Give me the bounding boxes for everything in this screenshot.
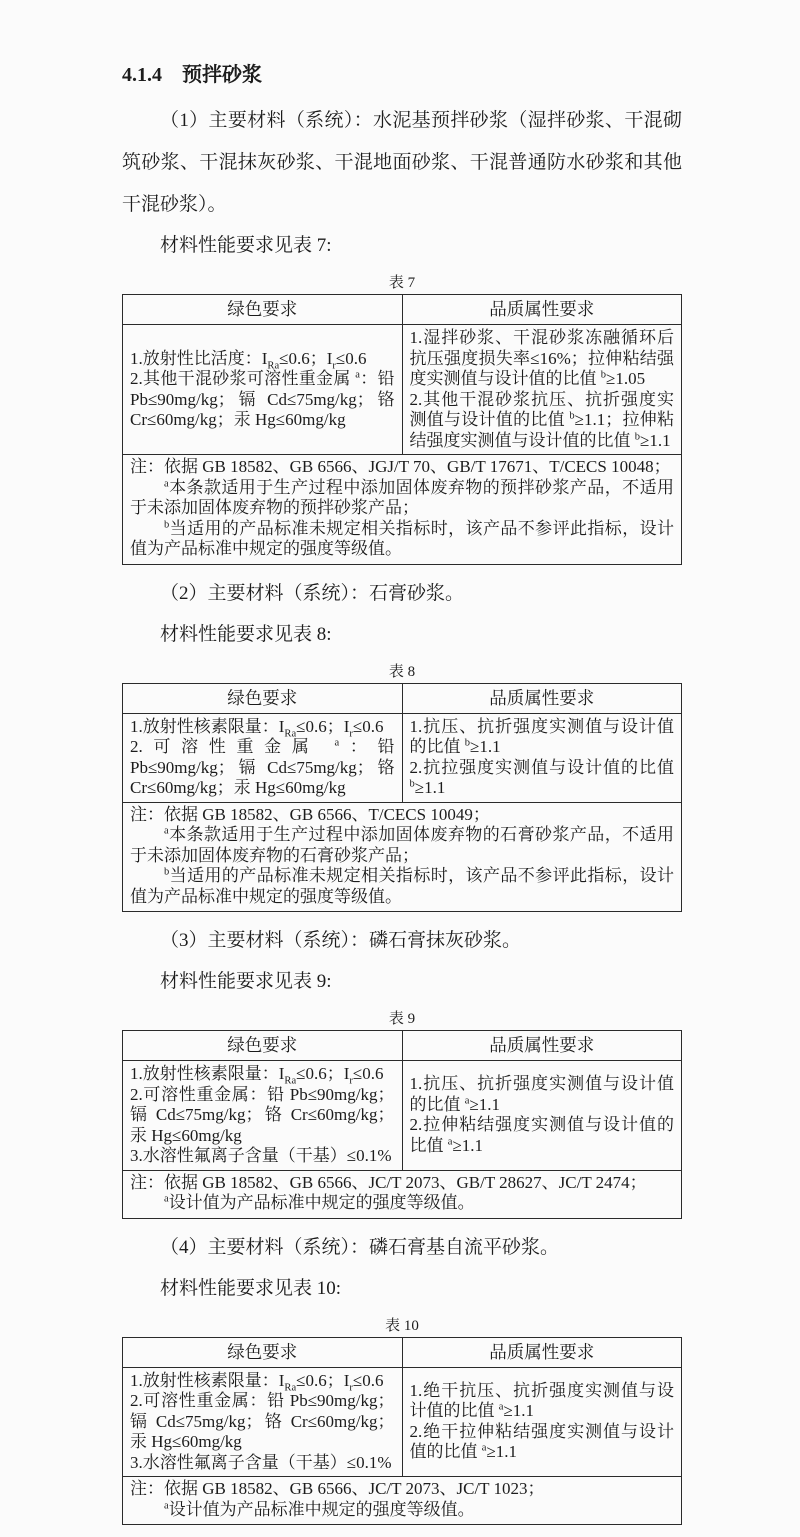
note-line: a本条款适用于生产过程中添加固体废弃物的石膏砂浆产品，不适用于未添加固体废弃物的…: [130, 825, 674, 866]
requirement-item: 1.湿拌砂浆、干混砂浆冻融循环后抗压强度损失率≤16%；拉伸粘结强度实测值与设计…: [410, 328, 675, 390]
col-header-green: 绿色要求: [123, 1337, 403, 1367]
requirement-item: 1.抗压、抗折强度实测值与设计值的比值 a≥1.1: [410, 1074, 675, 1115]
requirements-table-10: 绿色要求 品质属性要求 1.放射性核素限量：IRa≤0.6；Ir≤0.6 2.可…: [122, 1337, 682, 1526]
table-header-row: 绿色要求 品质属性要求: [123, 1031, 682, 1061]
quality-requirements-cell: 1.绝干抗压、抗折强度实测值与设计值的比值 a≥1.1 2.绝干拉伸粘结强度实测…: [402, 1367, 682, 1477]
col-header-quality: 品质属性要求: [402, 1031, 682, 1061]
table-notes-row: 注：依据 GB 18582、GB 6566、JC/T 2073、JC/T 102…: [123, 1477, 682, 1525]
col-header-green: 绿色要求: [123, 683, 403, 713]
table-notes-row: 注：依据 GB 18582、GB 6566、JGJ/T 70、GB/T 1767…: [123, 455, 682, 565]
document-page: 4.1.4预拌砂浆 （1）主要材料（系统）：水泥基预拌砂浆（湿拌砂浆、干混砌筑砂…: [0, 0, 800, 1537]
quality-requirements-cell: 1.抗压、抗折强度实测值与设计值的比值 b≥1.1 2.抗拉强度实测值与设计值的…: [402, 713, 682, 802]
requirement-item: 1.放射性核素限量：IRa≤0.6；Ir≤0.6: [130, 1064, 395, 1085]
heading-number: 4.1.4: [122, 64, 162, 86]
requirement-item: 2.抗拉强度实测值与设计值的比值 b≥1.1: [410, 758, 675, 799]
green-requirements-cell: 1.放射性核素限量：IRa≤0.6；Ir≤0.6 2.可溶性重金属：铅 Pb≤9…: [123, 1061, 403, 1171]
quality-requirements-cell: 1.抗压、抗折强度实测值与设计值的比值 a≥1.1 2.拉伸粘结强度实测值与设计…: [402, 1061, 682, 1171]
green-requirements-cell: 1.放射性核素限量：IRa≤0.6；Ir≤0.6 2.可溶性重金属：铅 Pb≤9…: [123, 1367, 403, 1477]
col-header-quality: 品质属性要求: [402, 683, 682, 713]
requirements-table-9: 绿色要求 品质属性要求 1.放射性核素限量：IRa≤0.6；Ir≤0.6 2.可…: [122, 1030, 682, 1219]
requirement-item: 3.水溶性氟离子含量（干基）≤0.1%: [130, 1453, 395, 1474]
green-requirements-cell: 1.放射性核素限量：IRa≤0.6；Ir≤0.6 2.可溶性重金属 a：铅 Pb…: [123, 713, 403, 802]
note-line: a设计值为产品标准中规定的强度等级值。: [130, 1500, 674, 1521]
note-line: b当适用的产品标准未规定相关指标时，该产品不参评此指标，设计值为产品标准中规定的…: [130, 866, 674, 907]
para-table-intro: 材料性能要求见表 9:: [122, 962, 682, 1002]
note-line: 注：依据 GB 18582、GB 6566、JGJ/T 70、GB/T 1767…: [130, 457, 674, 478]
section-phosphogypsum-plaster-mortar: （3）主要材料（系统）：磷石膏抹灰砂浆。 材料性能要求见表 9: 表 9 绿色要…: [122, 920, 682, 1219]
requirement-item: 1.抗压、抗折强度实测值与设计值的比值 b≥1.1: [410, 717, 675, 758]
requirement-item: 3.水溶性氟离子含量（干基）≤0.1%: [130, 1146, 395, 1167]
requirement-item: 2.拉伸粘结强度实测值与设计值的比值 a≥1.1: [410, 1115, 675, 1156]
table-body-row: 1.放射性比活度：IRa≤0.6；Ir≤0.6 2.其他干混砂浆可溶性重金属 a…: [123, 325, 682, 455]
table-header-row: 绿色要求 品质属性要求: [123, 295, 682, 325]
section-phosphogypsum-selfleveling-mortar: （4）主要材料（系统）：磷石膏基自流平砂浆。 材料性能要求见表 10: 表 10…: [122, 1227, 682, 1526]
col-header-green: 绿色要求: [123, 295, 403, 325]
green-requirements-cell: 1.放射性比活度：IRa≤0.6；Ir≤0.6 2.其他干混砂浆可溶性重金属 a…: [123, 325, 403, 455]
col-header-green: 绿色要求: [123, 1031, 403, 1061]
note-line: a本条款适用于生产过程中添加固体废弃物的预拌砂浆产品，不适用于未添加固体废弃物的…: [130, 478, 674, 519]
section-gypsum-mortar: （2）主要材料（系统）：石膏砂浆。 材料性能要求见表 8: 表 8 绿色要求 品…: [122, 573, 682, 913]
requirement-item: 2.可溶性重金属 a：铅 Pb≤90mg/kg；镉 Cd≤75mg/kg；铬 C…: [130, 737, 395, 799]
note-line: 注：依据 GB 18582、GB 6566、JC/T 2073、JC/T 102…: [130, 1479, 674, 1500]
note-line: a设计值为产品标准中规定的强度等级值。: [130, 1193, 674, 1214]
col-header-quality: 品质属性要求: [402, 1337, 682, 1367]
para-table-intro: 材料性能要求见表 8:: [122, 615, 682, 655]
section-premixed-cement-mortar: （1）主要材料（系统）：水泥基预拌砂浆（湿拌砂浆、干混砌筑砂浆、干混抹灰砂浆、干…: [122, 100, 682, 565]
table-header-row: 绿色要求 品质属性要求: [123, 683, 682, 713]
requirements-table-8: 绿色要求 品质属性要求 1.放射性核素限量：IRa≤0.6；Ir≤0.6 2.可…: [122, 683, 682, 913]
requirement-item: 2.其他干混砂浆可溶性重金属 a：铅 Pb≤90mg/kg；镉 Cd≤75mg/…: [130, 369, 395, 431]
requirement-item: 1.放射性核素限量：IRa≤0.6；Ir≤0.6: [130, 717, 395, 738]
table-body-row: 1.放射性核素限量：IRa≤0.6；Ir≤0.6 2.可溶性重金属：铅 Pb≤9…: [123, 1061, 682, 1171]
requirement-item: 2.可溶性重金属：铅 Pb≤90mg/kg；镉 Cd≤75mg/kg；铬 Cr≤…: [130, 1391, 395, 1453]
table-header-row: 绿色要求 品质属性要求: [123, 1337, 682, 1367]
note-line: 注：依据 GB 18582、GB 6566、JC/T 2073、GB/T 286…: [130, 1173, 674, 1194]
para-main-material: （2）主要材料（系统）：石膏砂浆。: [122, 573, 682, 615]
requirement-item: 1.放射性核素限量：IRa≤0.6；Ir≤0.6: [130, 1371, 395, 1392]
table-caption: 表 10: [122, 1317, 682, 1335]
table-body-row: 1.放射性核素限量：IRa≤0.6；Ir≤0.6 2.可溶性重金属 a：铅 Pb…: [123, 713, 682, 802]
table-caption: 表 7: [122, 274, 682, 292]
table-caption: 表 9: [122, 1010, 682, 1028]
note-line: b当适用的产品标准未规定相关指标时，该产品不参评此指标，设计值为产品标准中规定的…: [130, 519, 674, 560]
requirements-table-7: 绿色要求 品质属性要求 1.放射性比活度：IRa≤0.6；Ir≤0.6 2.其他…: [122, 294, 682, 565]
para-main-material: （3）主要材料（系统）：磷石膏抹灰砂浆。: [122, 920, 682, 962]
table-caption: 表 8: [122, 663, 682, 681]
para-main-material: （1）主要材料（系统）：水泥基预拌砂浆（湿拌砂浆、干混砌筑砂浆、干混抹灰砂浆、干…: [122, 100, 682, 226]
table-notes-cell: 注：依据 GB 18582、GB 6566、T/CECS 10049； a本条款…: [123, 802, 682, 912]
table-notes-row: 注：依据 GB 18582、GB 6566、T/CECS 10049； a本条款…: [123, 802, 682, 912]
para-table-intro: 材料性能要求见表 7:: [122, 226, 682, 266]
para-table-intro: 材料性能要求见表 10:: [122, 1269, 682, 1309]
requirement-item: 1.放射性比活度：IRa≤0.6；Ir≤0.6: [130, 349, 395, 370]
requirement-item: 2.可溶性重金属：铅 Pb≤90mg/kg；镉 Cd≤75mg/kg；铬 Cr≤…: [130, 1085, 395, 1147]
table-notes-row: 注：依据 GB 18582、GB 6566、JC/T 2073、GB/T 286…: [123, 1170, 682, 1218]
requirement-item: 1.绝干抗压、抗折强度实测值与设计值的比值 a≥1.1: [410, 1381, 675, 1422]
heading-title: 预拌砂浆: [182, 64, 262, 86]
note-line: 注：依据 GB 18582、GB 6566、T/CECS 10049；: [130, 805, 674, 826]
table-notes-cell: 注：依据 GB 18582、GB 6566、JC/T 2073、GB/T 286…: [123, 1170, 682, 1218]
requirement-item: 2.绝干拉伸粘结强度实测值与设计值的比值 a≥1.1: [410, 1422, 675, 1463]
table-notes-cell: 注：依据 GB 18582、GB 6566、JC/T 2073、JC/T 102…: [123, 1477, 682, 1525]
para-main-material: （4）主要材料（系统）：磷石膏基自流平砂浆。: [122, 1227, 682, 1269]
requirement-item: 2.其他干混砂浆抗压、抗折强度实测值与设计值的比值 b≥1.1；拉伸粘结强度实测…: [410, 390, 675, 452]
table-notes-cell: 注：依据 GB 18582、GB 6566、JGJ/T 70、GB/T 1767…: [123, 455, 682, 565]
col-header-quality: 品质属性要求: [402, 295, 682, 325]
quality-requirements-cell: 1.湿拌砂浆、干混砂浆冻融循环后抗压强度损失率≤16%；拉伸粘结强度实测值与设计…: [402, 325, 682, 455]
table-body-row: 1.放射性核素限量：IRa≤0.6；Ir≤0.6 2.可溶性重金属：铅 Pb≤9…: [123, 1367, 682, 1477]
section-heading: 4.1.4预拌砂浆: [122, 62, 682, 88]
